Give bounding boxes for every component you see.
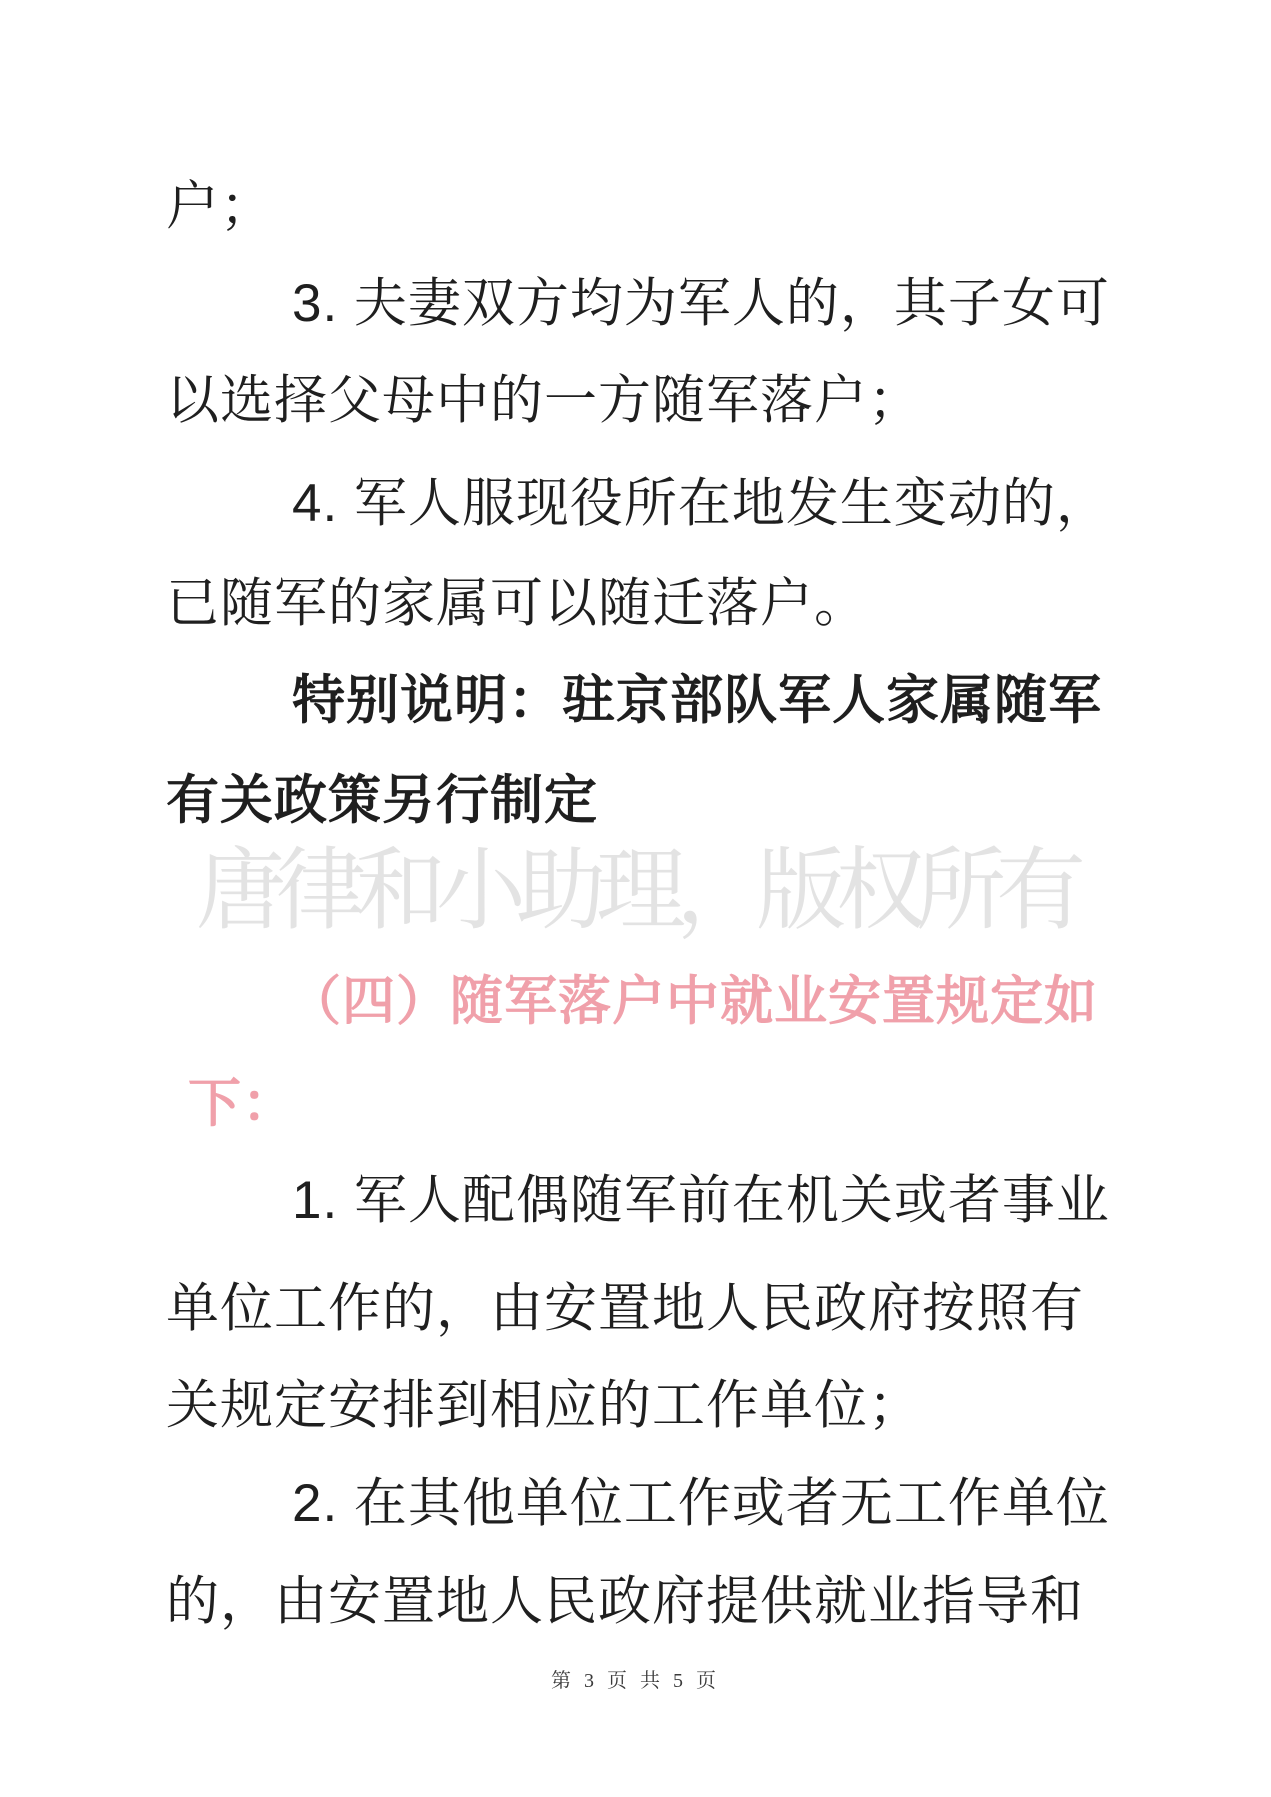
body-line-6-item-1: 1. 军人配偶随军前在机关或者事业: [292, 1172, 1110, 1229]
body-line-1: 户；: [166, 178, 274, 235]
body-line-7: 单位工作的，由安置地人民政府按照有: [166, 1280, 1084, 1337]
body-line-9-item-2: 2. 在其他单位工作或者无工作单位: [292, 1475, 1110, 1532]
copyright-watermark: 唐律和小助理，版权所有: [196, 842, 1076, 941]
body-line-8: 关规定安排到相应的工作单位；: [166, 1377, 922, 1434]
document-page: 户； 3. 夫妻双方均为军人的，其子女可 以选择父母中的一方随军落户； 4. 军…: [0, 0, 1271, 1797]
special-note-line-2: 有关政策另行制定: [166, 772, 598, 829]
section-heading-4-line-2: 下：: [188, 1075, 296, 1132]
special-note-line-1: 特别说明：驻京部队军人家属随军: [292, 672, 1102, 729]
body-line-5: 已随军的家属可以随迁落户。: [166, 575, 868, 632]
body-line-2-item-3: 3. 夫妻双方均为军人的，其子女可: [292, 275, 1110, 332]
body-line-3: 以选择父母中的一方随军落户；: [166, 372, 922, 429]
section-heading-4-line-1: （四）随军落户中就业安置规定如: [288, 973, 1098, 1030]
body-line-4-item-4: 4. 军人服现役所在地发生变动的，: [292, 475, 1110, 532]
body-line-10: 的，由安置地人民政府提供就业指导和: [166, 1573, 1084, 1630]
page-number-footer: 第 3 页 共 5 页: [551, 1664, 720, 1693]
